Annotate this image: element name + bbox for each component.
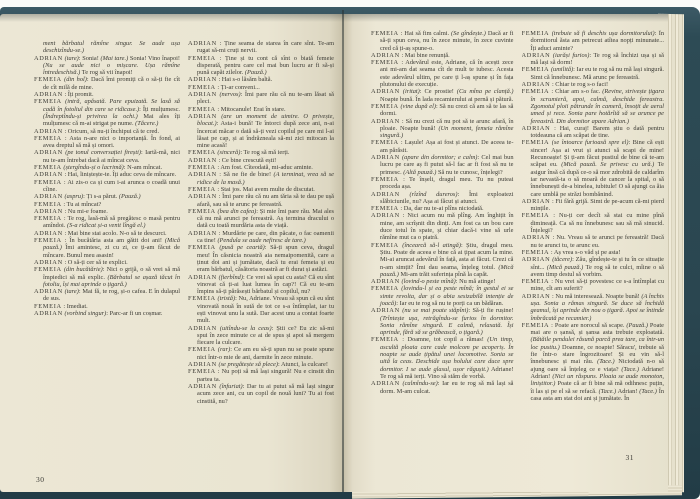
dialogue-line: ADRIAN : Să nu crezi că nu pot să te aru… xyxy=(371,118,514,140)
dialogue-line: ADRIAN : Ce bine crescută ești! xyxy=(188,157,334,164)
dialogue-line: FEMEIA : Ai zis-o ca și cum i-ai arunca … xyxy=(34,179,180,194)
dialogue-line: FEMEIA : Lașule! Așa ai fost și atunci. … xyxy=(371,139,514,154)
dialogue-line: FEMEIA (încearcă să-l atingă): Știu, dra… xyxy=(371,242,514,278)
dialogue-line: FEMEIA : Da, dar nu te-ai plîns niciodat… xyxy=(371,205,514,212)
dialogue-line: FEMEIA : Te înșeli, dragul meu. Tu nu pu… xyxy=(371,176,514,191)
dialogue-line: ADRIAN (nervos): Îmi pare rău că nu te-a… xyxy=(188,91,334,106)
dialogue-line: FEMEIA (intră, apăsată. Pare epuizată. S… xyxy=(34,98,180,127)
dialogue-line: FEMEIA : Adevărul este, Adriane, că în a… xyxy=(371,59,514,88)
dialogue-line: FEMEIA : În bucătăria asta am gătit doi … xyxy=(34,237,180,259)
dialogue-line: ADRIAN : Îți promit. xyxy=(34,91,180,98)
dialogue-line: FEMEIA (pusă pe ceartă): Să-ți spun ceva… xyxy=(188,244,334,273)
dialogue-line: ADRIAN (iarăși furios): Te rog să închiz… xyxy=(522,52,665,67)
dialogue-line: FEMEIA (trebuie să fi deschis ușa dormit… xyxy=(522,30,665,52)
dialogue-line: ADRIAN : Chiar te rog s-o faci! xyxy=(522,81,665,88)
dialogue-line: FEMEIA : Nu vrei să-ți povestesc ce s-a … xyxy=(522,278,665,293)
dialogue-line: FEMEIA (sinceră): Te rog să mă ierți. xyxy=(188,149,334,156)
dialogue-line: ADRIAN : O să-ți cer să te explici. xyxy=(34,259,180,266)
dialogue-line: FEMEIA (tristă): Nu, Adriane. Vreau să s… xyxy=(188,295,334,324)
dialogue-line: ADRIAN (înfuriat): Dar tu ai putut să mă… xyxy=(188,383,334,405)
dialogue-line: FEMEIA : Nu poți să mă lași singură! Nu … xyxy=(188,368,334,383)
dialogue-line: ADRIAN (se pregătește să plece): Atunci,… xyxy=(188,361,334,368)
dialogue-line: ADRIAN (are un moment de uimire. O prive… xyxy=(188,113,334,149)
dialogue-line: FEMEIA : Mitocanule! Erai în stare. xyxy=(188,106,334,113)
dialogue-line: ADRIAN (vorbind singur): Parc-ar fi un c… xyxy=(34,310,180,317)
dialogue-line: FEMEIA (vine după el): Să nu crezi că am… xyxy=(371,103,514,118)
dialogue-line: FEMEIA : Poate are norocul să scape. (Pa… xyxy=(522,322,665,402)
dialogue-line: FEMEIA (rar): Ce am eu să-ți spun nu se … xyxy=(188,346,334,361)
dialogue-line: FEMEIA : Ți-ar conveni... xyxy=(188,84,334,91)
stage-direction: ment bărbatul rămîne singur. Se aude ușa… xyxy=(34,40,180,55)
text-column-2: ADRIAN : Ține seama de starea în care sî… xyxy=(188,40,334,480)
dialogue-line: FEMEIA (se întoarce furioasă spre el): B… xyxy=(522,139,665,197)
text-column-1: ment bărbatul rămîne singur. Se aude ușa… xyxy=(34,40,180,480)
dialogue-line: ADRIAN : Hai, liniștește-te. Îți aduc ce… xyxy=(34,171,180,178)
dialogue-line: ADRIAN : Nu mă interesează. Noapte bună!… xyxy=(522,293,665,322)
page-right: FEMEIA : Hai să fim calmi. (Se gîndește.… xyxy=(343,14,668,492)
dialogue-line: ADRIAN : Fii fără grijă. Simt de pe-acum… xyxy=(522,198,665,213)
dialogue-line: ADRIAN : Mai bine stai acolo. N-o să te … xyxy=(34,230,180,237)
dialogue-line: ADRIAN (tare): Mai fă, te rog, și-o cafe… xyxy=(34,288,180,303)
dialogue-line: FEMEIA (lovindu-l și ea peste mînă; în g… xyxy=(371,285,514,307)
dialogue-line: ADRIAN : Să ne fie de bine! (A terminat,… xyxy=(188,171,334,186)
dialogue-line: FEMEIA (din bucătărie): Nici o grijă, o … xyxy=(34,266,180,288)
dialogue-line: ADRIAN (nu se mai poate stăpîni): Să-ți … xyxy=(371,307,514,336)
dialogue-line: FEMEIA : Aș vrea s-o văd și pe asta! xyxy=(522,249,665,256)
top-page-shadow xyxy=(0,14,668,22)
book-spread: ment bărbatul rămîne singur. Se aude ușa… xyxy=(0,14,668,492)
dialogue-line: ADRIAN (aspru): Ți s-a părut. (Pauză.) xyxy=(34,193,180,200)
dialogue-line: FEMEIA : Tu ai mîncat? xyxy=(34,201,180,208)
dialogue-line: FEMEIA (din hol): Dacă îmi promiți că o … xyxy=(34,76,180,91)
dialogue-line: ADRIAN (iritat): Ce prostie! (Cu mîna pe… xyxy=(371,88,514,103)
dialogue-line: FEMEIA (umilită): Iar eu te rog să nu mă… xyxy=(522,66,665,81)
text-column-4: FEMEIA (trebuie să fi deschis ușa dormit… xyxy=(522,30,665,470)
dialogue-line: ADRIAN : Nu mi-e foame. xyxy=(34,208,180,215)
dialogue-line: FEMEIA : Imediat. xyxy=(34,303,180,310)
book-gutter xyxy=(342,10,344,492)
dialogue-line: ADRIAN (lovind-o peste mînă): Nu mă atin… xyxy=(371,278,514,285)
page-number-right: 31 xyxy=(626,453,635,462)
dialogue-line: ADRIAN : Mai bine renunță. xyxy=(371,52,514,59)
dialogue-line: ADRIAN (tare): Sonia! (Mai tare.) Sonia!… xyxy=(34,55,180,77)
dialogue-line: FEMEIA : Ține și tu cont că sînt o biată… xyxy=(188,55,334,77)
dialogue-line: ADRIAN (apare din dormitor; e calm): Cel… xyxy=(371,154,514,176)
dialogue-line: FEMEIA : Asta n-are nici o importanță. Î… xyxy=(34,135,180,150)
dialogue-line: FEMEIA : Hai să fim calmi. (Se gîndește.… xyxy=(371,30,514,52)
dialogue-line: ADRIAN (uitîndu-se la ceas): Știi ce? Eu… xyxy=(188,325,334,347)
dialogue-line: FEMEIA : Doamne, tot copil a rămas! (Un … xyxy=(371,336,514,380)
dialogue-line: ADRIAN (rîzînd dureros): Îmi exploatezi … xyxy=(371,191,514,206)
dialogue-line: FEMEIA : Am fost. Cîteodată, mi-aduc ami… xyxy=(188,164,334,171)
text-column-3: FEMEIA : Hai să fim calmi. (Se gîndește.… xyxy=(371,30,514,470)
dialogue-line: ADRIAN (calmîndu-se): Iar eu te rog să m… xyxy=(371,380,514,395)
dialogue-line: ADRIAN : Oricum, să nu-ți închipui că te… xyxy=(34,128,180,135)
dialogue-line: FEMEIA : Chiar am s-o fac. (Revine, stri… xyxy=(522,88,665,124)
dialogue-line: ADRIAN : Nici acum nu mă plîng. Am înghi… xyxy=(371,212,514,241)
dialogue-line: ADRIAN : Hai s-o lăsăm baltă. xyxy=(188,76,334,83)
page-left: ment bărbatul rămîne singur. Se aude ușa… xyxy=(0,14,343,492)
dialogue-line: ADRIAN : Ține seama de starea în care sî… xyxy=(188,40,334,55)
dialogue-line: ADRIAN (fierbînd): Ce vrei să spui cu as… xyxy=(188,274,334,296)
dialogue-line: ADRIAN : Murdărie pe care, din păcate, o… xyxy=(188,230,334,245)
dialogue-line: FEMEIA : Te rog, lasă-mă să pregătesc o … xyxy=(34,215,180,230)
dialogue-line: ADRIAN (tăcere): Zău, gîndește-te și tu … xyxy=(522,256,665,278)
dialogue-line: ADRIAN (pe tonul conversației firești): … xyxy=(34,149,180,164)
dialogue-line: FEMEIA : Nu-ți cer decît să stai cu mine… xyxy=(522,212,665,234)
dialogue-line: ADRIAN : Hai, curaj! Barem știu o dată p… xyxy=(522,125,665,140)
dialogue-line: ADRIAN : Nu. Vreau să te arunci pe ferea… xyxy=(522,234,665,249)
dialogue-line: FEMEIA (bea din cafea): Și mie îmi pare … xyxy=(188,208,334,230)
page-number-left: 30 xyxy=(36,475,45,484)
dialogue-line: ADRIAN : Îmi pare rău că nu am tăria să … xyxy=(188,193,334,208)
